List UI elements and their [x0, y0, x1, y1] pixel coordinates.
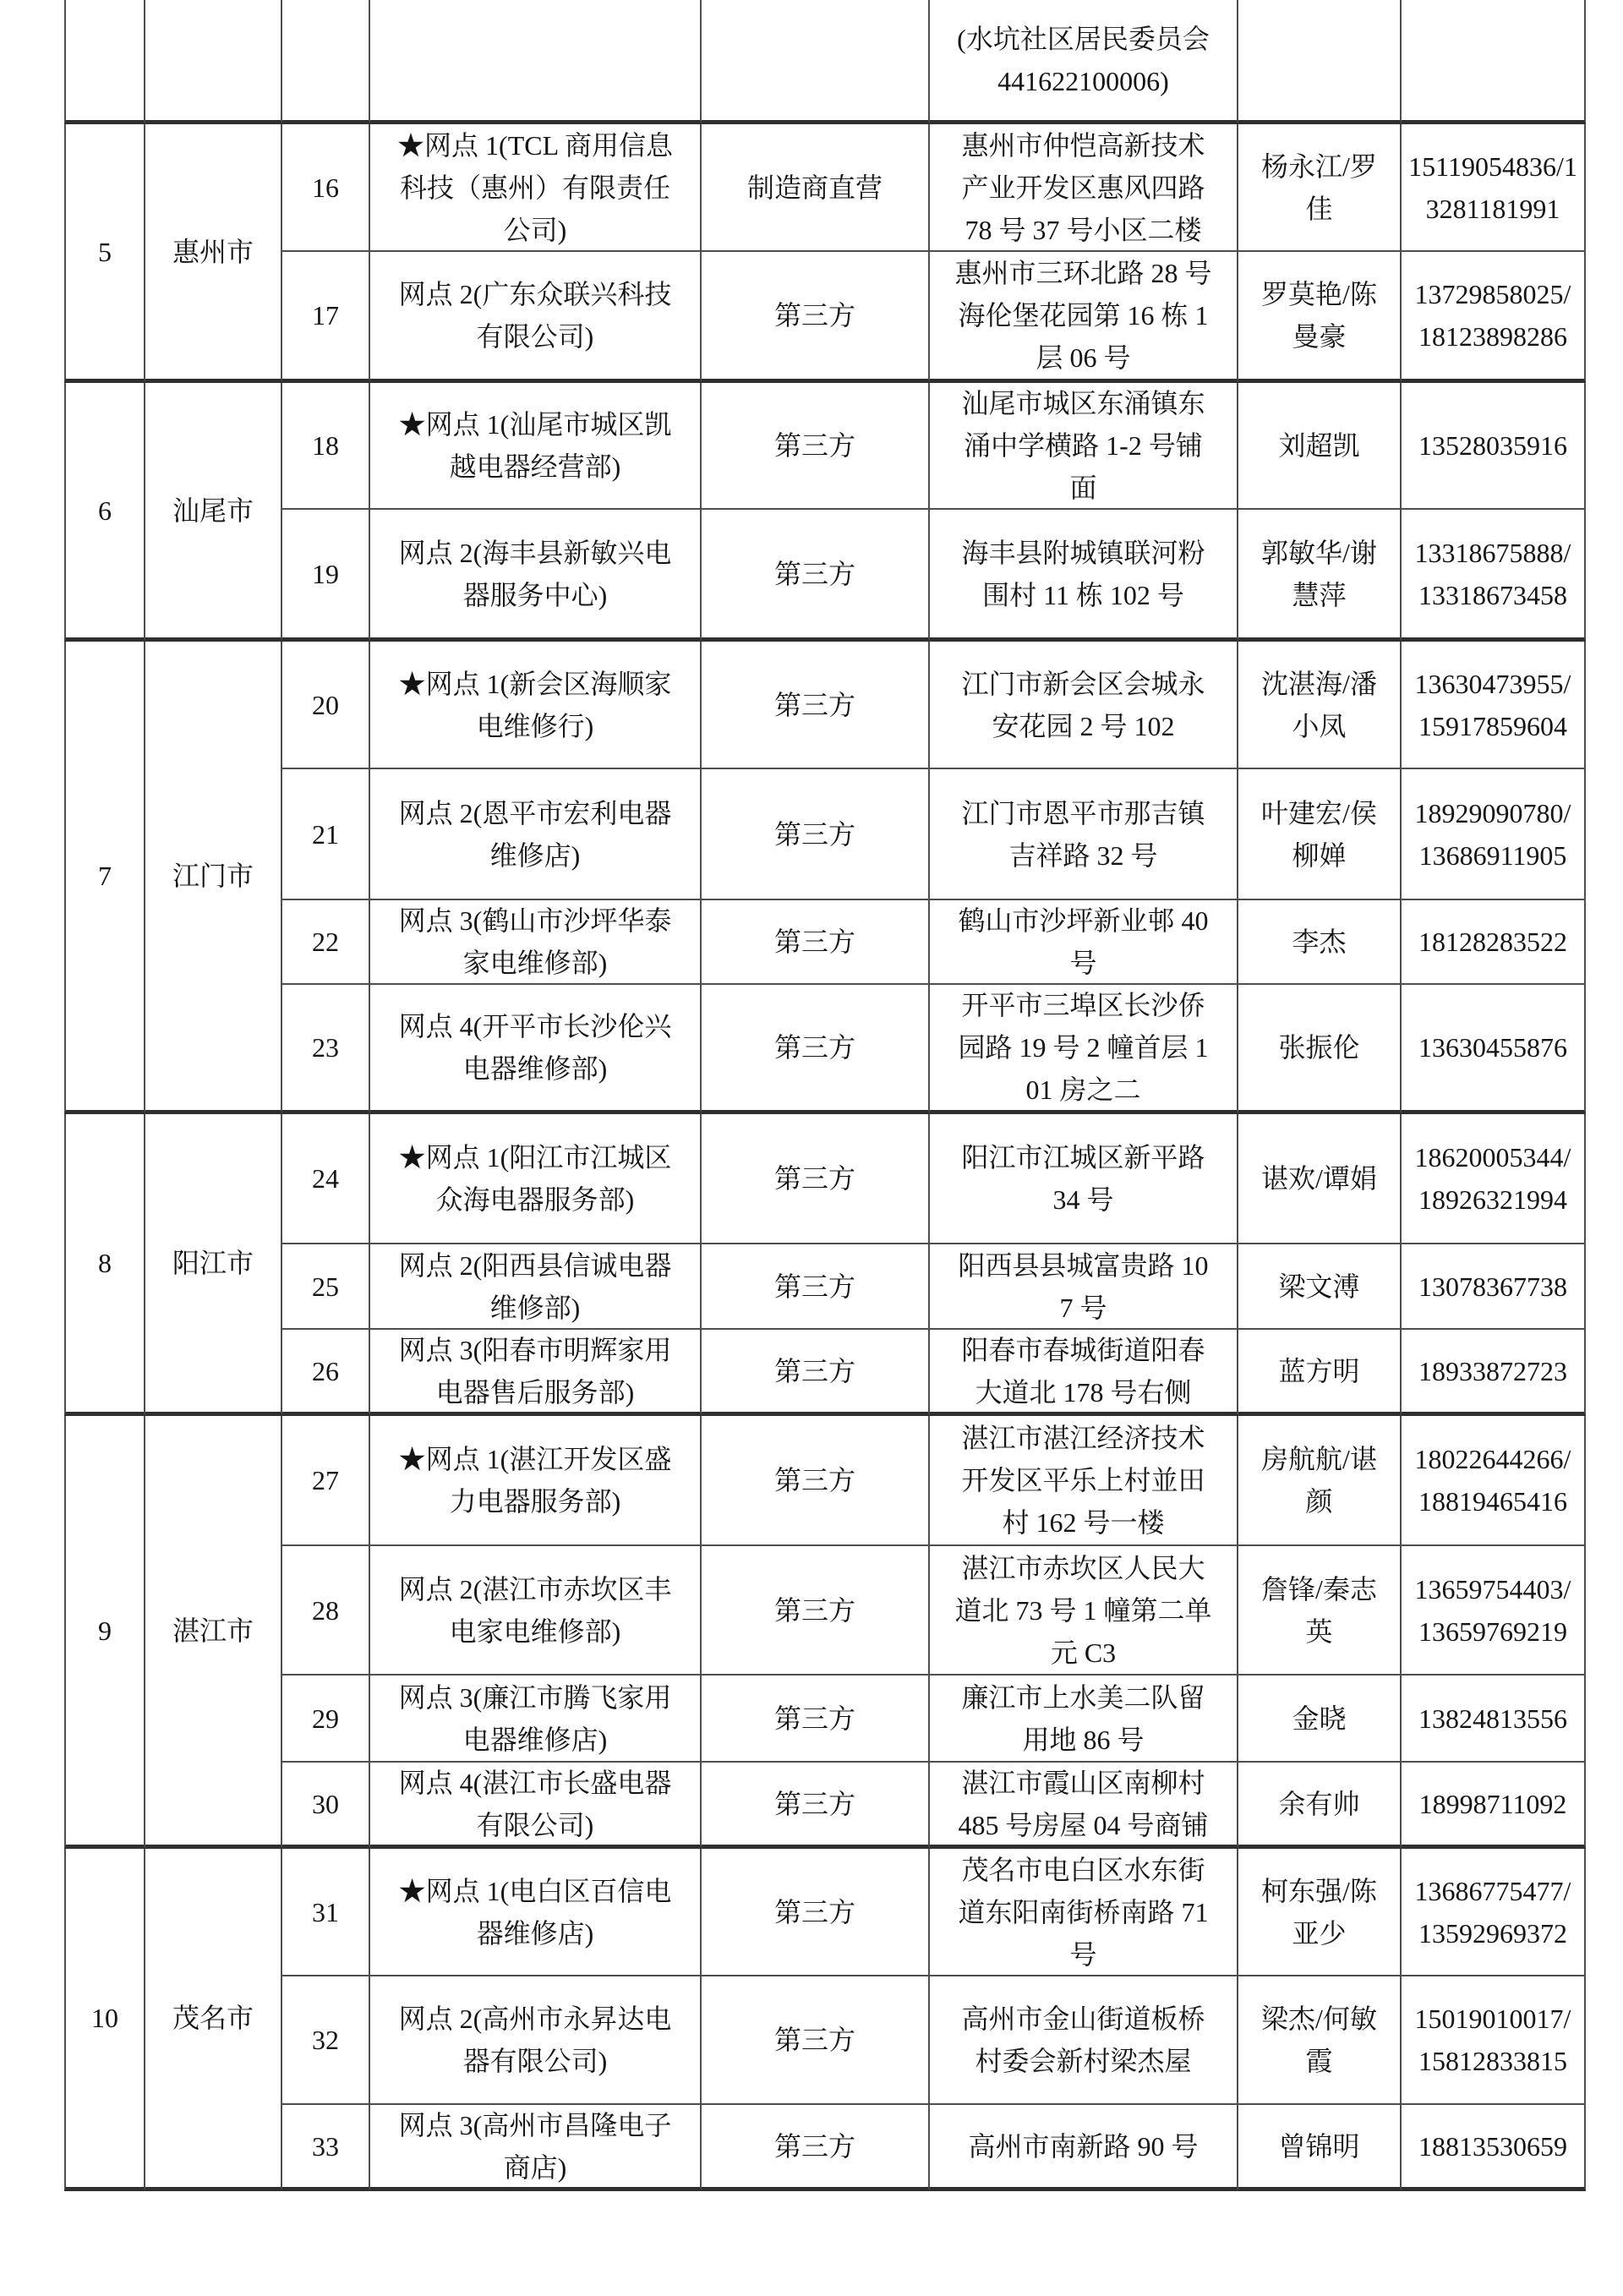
- address-cell: 茂名市电白区水东街道东阳南街桥南路 71 号: [930, 1849, 1238, 1976]
- network-name-cell: 网点 2(广东众联兴科技有限公司): [370, 252, 702, 383]
- contact-cell: 沈湛海/潘小凤: [1238, 642, 1402, 769]
- contact-cell: 柯东强/陈亚少: [1238, 1849, 1402, 1976]
- network-name-cell: ★网点 1(湛江开发区盛力电器服务部): [370, 1416, 702, 1546]
- type-cell: 第三方: [702, 1330, 930, 1416]
- type-cell: 第三方: [702, 510, 930, 642]
- address-cell: 汕尾市城区东涌镇东涌中学横路 1-2 号铺面: [930, 383, 1238, 510]
- phone-cell: 18128283522: [1402, 900, 1586, 985]
- address-cell: 廉江市上水美二队留用地 86 号: [930, 1676, 1238, 1763]
- network-name-cell: 网点 2(阳西县信诚电器维修部): [370, 1244, 702, 1330]
- type-cell: 第三方: [702, 1546, 930, 1676]
- group-index-cell: 8: [64, 1114, 145, 1416]
- type-cell: 第三方: [702, 900, 930, 985]
- group-index-cell: 5: [64, 124, 145, 383]
- phone-cell: 13659754403/13659769219: [1402, 1546, 1586, 1676]
- address-cell: 海丰县附城镇联河粉围村 11 栋 102 号: [930, 510, 1238, 642]
- type-cell: 第三方: [702, 1114, 930, 1244]
- row-number-cell: 20: [282, 642, 370, 769]
- phone-cell: 18813530659: [1402, 2105, 1586, 2191]
- group-index-cell: 10: [64, 1849, 145, 2191]
- row-number-cell: 31: [282, 1849, 370, 1976]
- city-cell: 阳江市: [145, 1114, 282, 1416]
- contact-cell: 李杰: [1238, 900, 1402, 985]
- row-number-cell: 16: [282, 124, 370, 252]
- phone-cell: 13630455876: [1402, 985, 1586, 1114]
- contact-cell: 刘超凯: [1238, 383, 1402, 510]
- network-name-cell: 网点 4(开平市长沙伦兴电器维修部): [370, 985, 702, 1114]
- row-number-cell: 18: [282, 383, 370, 510]
- contact-cell: 房航航/谌颜: [1238, 1416, 1402, 1546]
- type-cell: 第三方: [702, 2105, 930, 2191]
- address-cell: 阳江市江城区新平路 34 号: [930, 1114, 1238, 1244]
- type-cell: 第三方: [702, 769, 930, 900]
- network-name-cell: ★网点 1(新会区海顺家电维修行): [370, 642, 702, 769]
- contact-cell: 张振伦: [1238, 985, 1402, 1114]
- address-cell: 高州市金山街道板桥村委会新村梁杰屋: [930, 1976, 1238, 2105]
- address-cell: 江门市新会区会城永安花园 2 号 102: [930, 642, 1238, 769]
- city-cell: 湛江市: [145, 1416, 282, 1849]
- network-name-cell: 网点 3(阳春市明辉家用电器售后服务部): [370, 1330, 702, 1416]
- network-name-cell: ★网点 1(TCL 商用信息科技（惠州）有限责任公司): [370, 124, 702, 252]
- phone-cell: 15019010017/15812833815: [1402, 1976, 1586, 2105]
- row-number-cell: 27: [282, 1416, 370, 1546]
- phone-cell: 13630473955/15917859604: [1402, 642, 1586, 769]
- type-cell: 第三方: [702, 1676, 930, 1763]
- row-number-cell: 21: [282, 769, 370, 900]
- address-cell: 鹤山市沙坪新业邨 40 号: [930, 900, 1238, 985]
- network-name-cell: ★网点 1(阳江市江城区众海电器服务部): [370, 1114, 702, 1244]
- network-name-cell: ★网点 1(电白区百信电器维修店): [370, 1849, 702, 1976]
- row-number-cell: 25: [282, 1244, 370, 1330]
- type-cell: 第三方: [702, 985, 930, 1114]
- address-cell: 湛江市霞山区南柳村 485 号房屋 04 号商铺: [930, 1763, 1238, 1849]
- phone-cell: 18998711092: [1402, 1763, 1586, 1849]
- contact-cell: 谌欢/谭娟: [1238, 1114, 1402, 1244]
- address-continuation-cell: (水坑社区居民委员会 441622100006): [930, 0, 1238, 124]
- row-number-cell: 33: [282, 2105, 370, 2191]
- type-cell: 第三方: [702, 1416, 930, 1546]
- row-number-cell: 26: [282, 1330, 370, 1416]
- empty-cell: [282, 0, 370, 124]
- group-index-cell: 6: [64, 383, 145, 642]
- group-index-cell: 9: [64, 1416, 145, 1849]
- address-cell: 开平市三埠区长沙侨园路 19 号 2 幢首层 101 房之二: [930, 985, 1238, 1114]
- city-cell: 惠州市: [145, 124, 282, 383]
- row-number-cell: 22: [282, 900, 370, 985]
- row-number-cell: 17: [282, 252, 370, 383]
- empty-cell: [1238, 0, 1402, 124]
- city-cell: 江门市: [145, 642, 282, 1114]
- address-cell: 阳春市春城街道阳春大道北 178 号右侧: [930, 1330, 1238, 1416]
- row-number-cell: 30: [282, 1763, 370, 1849]
- contact-cell: 罗莫艳/陈曼豪: [1238, 252, 1402, 383]
- phone-cell: 13528035916: [1402, 383, 1586, 510]
- address-cell: 湛江市赤坎区人民大道北 73 号 1 幢第二单元 C3: [930, 1546, 1238, 1676]
- phone-cell: 18620005344/18926321994: [1402, 1114, 1586, 1244]
- phone-cell: 18929090780/13686911905: [1402, 769, 1586, 900]
- contact-cell: 余有帅: [1238, 1763, 1402, 1849]
- contact-cell: 蓝方明: [1238, 1330, 1402, 1416]
- contact-cell: 梁文溥: [1238, 1244, 1402, 1330]
- address-cell: 惠州市仲恺高新技术产业开发区惠风四路 78 号 37 号小区二楼: [930, 124, 1238, 252]
- network-name-cell: 网点 4(湛江市长盛电器有限公司): [370, 1763, 702, 1849]
- row-number-cell: 28: [282, 1546, 370, 1676]
- phone-cell: 13078367738: [1402, 1244, 1586, 1330]
- phone-cell: 13318675888/13318673458: [1402, 510, 1586, 642]
- address-cell: 高州市南新路 90 号: [930, 2105, 1238, 2191]
- network-name-cell: ★网点 1(汕尾市城区凯越电器经营部): [370, 383, 702, 510]
- address-cell: 阳西县县城富贵路 107 号: [930, 1244, 1238, 1330]
- type-cell: 制造商直营: [702, 124, 930, 252]
- empty-cell: [1402, 0, 1586, 124]
- address-cell: 惠州市三环北路 28 号海伦堡花园第 16 栋 1 层 06 号: [930, 252, 1238, 383]
- contact-cell: 叶建宏/侯柳婵: [1238, 769, 1402, 900]
- contact-cell: 杨永江/罗佳: [1238, 124, 1402, 252]
- network-name-cell: 网点 3(高州市昌隆电子商店): [370, 2105, 702, 2191]
- type-cell: 第三方: [702, 642, 930, 769]
- type-cell: 第三方: [702, 1763, 930, 1849]
- row-number-cell: 19: [282, 510, 370, 642]
- row-number-cell: 23: [282, 985, 370, 1114]
- contact-cell: 曾锦明: [1238, 2105, 1402, 2191]
- contact-cell: 金晓: [1238, 1676, 1402, 1763]
- type-cell: 第三方: [702, 383, 930, 510]
- type-cell: 第三方: [702, 252, 930, 383]
- address-cell: 江门市恩平市那吉镇吉祥路 32 号: [930, 769, 1238, 900]
- network-name-cell: 网点 3(鹤山市沙坪华泰家电维修部): [370, 900, 702, 985]
- network-name-cell: 网点 2(湛江市赤坎区丰电家电维修部): [370, 1546, 702, 1676]
- group-index-cell: 7: [64, 642, 145, 1114]
- empty-cell: [145, 0, 282, 124]
- phone-cell: 13686775477/13592969372: [1402, 1849, 1586, 1976]
- empty-cell: [64, 0, 145, 124]
- empty-cell: [370, 0, 702, 124]
- city-cell: 茂名市: [145, 1849, 282, 2191]
- type-cell: 第三方: [702, 1976, 930, 2105]
- contact-cell: 詹锋/秦志英: [1238, 1546, 1402, 1676]
- phone-cell: 18933872723: [1402, 1330, 1586, 1416]
- phone-cell: 15119054836/13281181991: [1402, 124, 1586, 252]
- city-cell: 汕尾市: [145, 383, 282, 642]
- empty-cell: [702, 0, 930, 124]
- contact-cell: 郭敏华/谢慧萍: [1238, 510, 1402, 642]
- phone-cell: 18022644266/18819465416: [1402, 1416, 1586, 1546]
- phone-cell: 13729858025/18123898286: [1402, 252, 1586, 383]
- contact-cell: 梁杰/何敏霞: [1238, 1976, 1402, 2105]
- row-number-cell: 32: [282, 1976, 370, 2105]
- type-cell: 第三方: [702, 1849, 930, 1976]
- network-name-cell: 网点 2(海丰县新敏兴电器服务中心): [370, 510, 702, 642]
- phone-cell: 13824813556: [1402, 1676, 1586, 1763]
- row-number-cell: 29: [282, 1676, 370, 1763]
- network-name-cell: 网点 3(廉江市腾飞家用电器维修店): [370, 1676, 702, 1763]
- type-cell: 第三方: [702, 1244, 930, 1330]
- network-name-cell: 网点 2(高州市永昇达电器有限公司): [370, 1976, 702, 2105]
- service-network-table: (水坑社区居民委员会 441622100006)5惠州市16★网点 1(TCL …: [64, 0, 1586, 2191]
- address-cell: 湛江市湛江经济技术开发区平乐上村並田村 162 号一楼: [930, 1416, 1238, 1546]
- network-name-cell: 网点 2(恩平市宏利电器维修店): [370, 769, 702, 900]
- row-number-cell: 24: [282, 1114, 370, 1244]
